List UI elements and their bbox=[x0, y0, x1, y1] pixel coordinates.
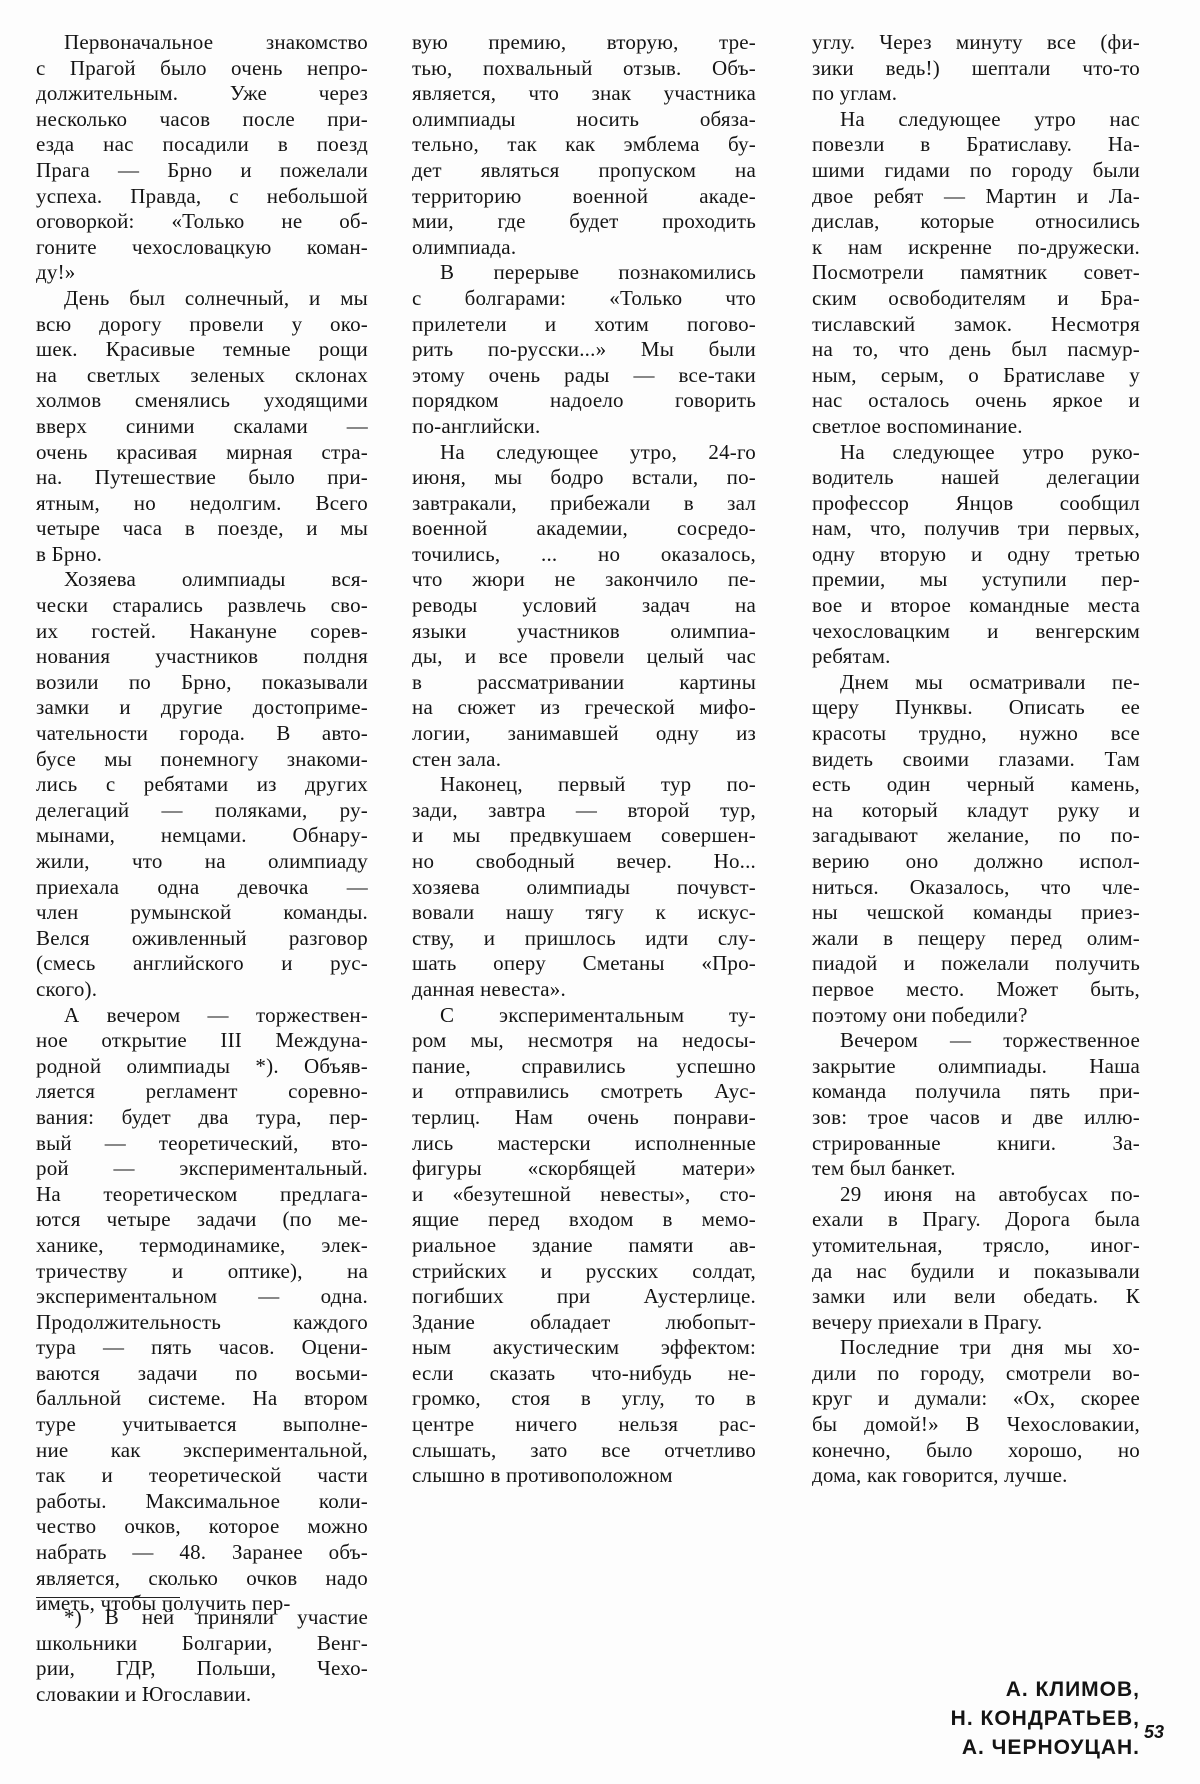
text-line: реводы условий задач на bbox=[412, 593, 756, 619]
text-line: с болгарами: «Только что bbox=[412, 286, 756, 312]
text-line: ятным, но недолгим. Всего bbox=[36, 491, 368, 517]
text-line: член румынской команды. bbox=[36, 900, 368, 926]
text-line: ского). bbox=[36, 977, 368, 1003]
text-line: логии, занимавшей одну из bbox=[412, 721, 756, 747]
text-line: так и теоретической части bbox=[36, 1463, 368, 1489]
text-line: языки участников олимпиа- bbox=[412, 619, 756, 645]
text-line: нования участников полдня bbox=[36, 644, 368, 670]
text-line: чески старались развлечь сво- bbox=[36, 593, 368, 619]
author-name: А. ЧЕРНОУЦАН. bbox=[951, 1733, 1140, 1762]
text-line: и мы предвкушаем совершен- bbox=[412, 823, 756, 849]
text-line: ное открытие III Междуна- bbox=[36, 1028, 368, 1054]
text-line: ды, и все провели целый час bbox=[412, 644, 756, 670]
text-line: на светлых зеленых склонах bbox=[36, 363, 368, 389]
text-line: к нам искренне по-дружески. bbox=[812, 235, 1140, 261]
text-line: мии, где будет проходить bbox=[412, 209, 756, 235]
text-line: (смесь английского и рус- bbox=[36, 951, 368, 977]
text-line: На следующее утро нас bbox=[812, 107, 1140, 133]
text-line: лись с ребятами из других bbox=[36, 772, 368, 798]
text-line: на который кладут руку и bbox=[812, 798, 1140, 824]
text-line: езда нас посадили в поезд bbox=[36, 132, 368, 158]
text-line: ным, серым, о Братиславе у bbox=[812, 363, 1140, 389]
text-line: На следующее утро, 24-го bbox=[412, 440, 756, 466]
text-line: приехала одна девочка — bbox=[36, 875, 368, 901]
footnote-line: словакии и Югославии. bbox=[36, 1682, 368, 1708]
text-line: центре ничего нельзя рас- bbox=[412, 1412, 756, 1438]
text-line: щеру Пунквы. Описать ее bbox=[812, 695, 1140, 721]
text-line: круг и думали: «Ох, скорее bbox=[812, 1386, 1140, 1412]
text-line: ром мы, несмотря на недосы- bbox=[412, 1028, 756, 1054]
text-line: ваются задачи по восьми- bbox=[36, 1361, 368, 1387]
text-line: бы домой!» В Чехословакии, bbox=[812, 1412, 1140, 1438]
text-line: успеха. Правда, с небольшой bbox=[36, 184, 368, 210]
text-line: июня, мы бодро встали, по- bbox=[412, 465, 756, 491]
footnote: *) В ней приняли участиешкольники Болгар… bbox=[36, 1605, 368, 1707]
text-line: мынами, немцами. Обнару- bbox=[36, 823, 368, 849]
text-line: ребятам. bbox=[812, 644, 1140, 670]
paragraph: Днем мы осматривали пе-щеру Пунквы. Опис… bbox=[812, 670, 1140, 1028]
text-line: шими гидами по городу были bbox=[812, 158, 1140, 184]
text-line: дома, как говорится, лучше. bbox=[812, 1463, 1140, 1489]
text-line: дили по городу, смотрели во- bbox=[812, 1361, 1140, 1387]
text-line: работы. Максимальное коли- bbox=[36, 1489, 368, 1515]
text-line: Хозяева олимпиады вся- bbox=[36, 567, 368, 593]
text-line: чательности города. В авто- bbox=[36, 721, 368, 747]
text-line: ным акустическим эффектом: bbox=[412, 1335, 756, 1361]
text-line: Велся оживленный разговор bbox=[36, 926, 368, 952]
text-line: вое и второе командные места bbox=[812, 593, 1140, 619]
text-line: ящие перед входом в мемо- bbox=[412, 1207, 756, 1233]
text-line: ству, и пришлось идти слу- bbox=[412, 926, 756, 952]
text-line: верию оно должно испол- bbox=[812, 849, 1140, 875]
text-line: вверх синими скалами — bbox=[36, 414, 368, 440]
text-line: зики ведь!) шептали что-то bbox=[812, 56, 1140, 82]
text-line: Прага — Брно и пожелали bbox=[36, 158, 368, 184]
text-line: порядком надоело говорить bbox=[412, 388, 756, 414]
text-line: громко, стоя в углу, то в bbox=[412, 1386, 756, 1412]
text-line: тура — пять часов. Оцени- bbox=[36, 1335, 368, 1361]
text-line: чество очков, которое можно bbox=[36, 1514, 368, 1540]
text-line: туре учитывается выполне- bbox=[36, 1412, 368, 1438]
text-line: жили, что на олимпиаду bbox=[36, 849, 368, 875]
text-line: светлое воспоминание. bbox=[812, 414, 1140, 440]
text-line: стрированные книги. За- bbox=[812, 1131, 1140, 1157]
text-line: видеть своими глазами. Там bbox=[812, 747, 1140, 773]
text-line: одну вторую и одну третью bbox=[812, 542, 1140, 568]
text-line: точились, ... но оказалось, bbox=[412, 542, 756, 568]
text-line: является, что знак участника bbox=[412, 81, 756, 107]
column-left: Первоначальное знакомствос Прагой было о… bbox=[36, 30, 368, 1617]
text-line: возили по Брно, показывали bbox=[36, 670, 368, 696]
text-line: нас осталось очень яркое и bbox=[812, 388, 1140, 414]
text-line: балльной системе. На втором bbox=[36, 1386, 368, 1412]
text-line: этому очень рады — все-таки bbox=[412, 363, 756, 389]
text-line: завтракали, прибежали в зал bbox=[412, 491, 756, 517]
text-line: поэтому они победили? bbox=[812, 1003, 1140, 1029]
footnote-line: рии, ГДР, Польши, Чехо- bbox=[36, 1656, 368, 1682]
text-line: А вечером — торжествен- bbox=[36, 1003, 368, 1029]
text-line: хозяева олимпиады почувст- bbox=[412, 875, 756, 901]
text-line: На следующее утро руко- bbox=[812, 440, 1140, 466]
text-line: на то, что день был пасмур- bbox=[812, 337, 1140, 363]
text-line: данная невеста». bbox=[412, 977, 756, 1003]
paragraph: На следующее утро руко-водитель нашей де… bbox=[812, 440, 1140, 670]
text-line: Последние три дня мы хо- bbox=[812, 1335, 1140, 1361]
footnote-line: школьники Болгарии, Венг- bbox=[36, 1631, 368, 1657]
text-line: 29 июня на автобусах по- bbox=[812, 1182, 1140, 1208]
paragraph: углу. Через минуту все (фи-зики ведь!) ш… bbox=[812, 30, 1140, 107]
text-line: премии, мы уступили пер- bbox=[812, 567, 1140, 593]
text-line: несколько часов после при- bbox=[36, 107, 368, 133]
text-line: на сюжет из греческой мифо- bbox=[412, 695, 756, 721]
paragraph: В перерыве познакомилисьс болгарами: «То… bbox=[412, 260, 756, 439]
text-line: рой — экспериментальный. bbox=[36, 1156, 368, 1182]
text-line: шать оперу Сметаны «Про- bbox=[412, 951, 756, 977]
text-line: пание, справились успешно bbox=[412, 1054, 756, 1080]
text-line: ниться. Оказалось, что чле- bbox=[812, 875, 1140, 901]
text-line: шек. Красивые темные рощи bbox=[36, 337, 368, 363]
text-line: с Прагой было очень непро- bbox=[36, 56, 368, 82]
text-line: должительным. Уже через bbox=[36, 81, 368, 107]
text-line: углу. Через минуту все (фи- bbox=[812, 30, 1140, 56]
text-line: делегаций — поляками, ру- bbox=[36, 798, 368, 824]
text-line: слышно в противоположном bbox=[412, 1463, 756, 1489]
text-line: их гостей. Накануне сорев- bbox=[36, 619, 368, 645]
author-name: Н. КОНДРАТЬЕВ, bbox=[951, 1704, 1140, 1733]
text-line: утомительная, трясло, иног- bbox=[812, 1233, 1140, 1259]
footnote-line: *) В ней приняли участие bbox=[36, 1605, 368, 1631]
text-line: по углам. bbox=[812, 81, 1140, 107]
text-line: стен зала. bbox=[412, 747, 756, 773]
text-line: Вечером — торжественное bbox=[812, 1028, 1140, 1054]
text-line: в Брно. bbox=[36, 542, 368, 568]
text-line: что жюри не закончило пе- bbox=[412, 567, 756, 593]
paragraph: День был солнечный, и мывсю дорогу прове… bbox=[36, 286, 368, 568]
text-line: ются четыре задачи (по ме- bbox=[36, 1207, 368, 1233]
text-line: ны чешской команды приез- bbox=[812, 900, 1140, 926]
text-line: Первоначальное знакомство bbox=[36, 30, 368, 56]
text-line: нам, что, получив три первых, bbox=[812, 516, 1140, 542]
text-line: да нас будили и показывали bbox=[812, 1259, 1140, 1285]
text-line: чехословацким и венгерским bbox=[812, 619, 1140, 645]
page-number: 53 bbox=[1144, 1722, 1164, 1743]
text-line: риальное здание памяти ав- bbox=[412, 1233, 756, 1259]
text-line: первое место. Может быть, bbox=[812, 977, 1140, 1003]
paragraph: Первоначальное знакомствос Прагой было о… bbox=[36, 30, 368, 286]
paragraph: С экспериментальным ту-ром мы, несмотря … bbox=[412, 1003, 756, 1489]
text-line: но свободный вечер. Но... bbox=[412, 849, 756, 875]
text-line: оговоркой: «Только не об- bbox=[36, 209, 368, 235]
paragraph: На следующее утро насповезли в Братислав… bbox=[812, 107, 1140, 440]
text-line: тью, похвальный отзыв. Объ- bbox=[412, 56, 756, 82]
text-line: зов: трое часов и две иллю- bbox=[812, 1105, 1140, 1131]
text-line: конечно, было хорошо, но bbox=[812, 1438, 1140, 1464]
text-line: зади, завтра — второй тур, bbox=[412, 798, 756, 824]
text-line: Посмотрели памятник совет- bbox=[812, 260, 1140, 286]
text-line: Продолжительность каждого bbox=[36, 1310, 368, 1336]
author-name: А. КЛИМОВ, bbox=[951, 1675, 1140, 1704]
authors-signature: А. КЛИМОВ, Н. КОНДРАТЬЕВ, А. ЧЕРНОУЦАН. bbox=[951, 1675, 1140, 1762]
text-line: Днем мы осматривали пе- bbox=[812, 670, 1140, 696]
text-line: ду!» bbox=[36, 260, 368, 286]
text-line: замки и другие достоприме- bbox=[36, 695, 368, 721]
text-line: закрытие олимпиады. Наша bbox=[812, 1054, 1140, 1080]
paragraph: Вечером — торжественноезакрытие олимпиад… bbox=[812, 1028, 1140, 1182]
text-line: красоты трудно, нужно все bbox=[812, 721, 1140, 747]
paragraph: Хозяева олимпиады вся-чески старались ра… bbox=[36, 567, 368, 1002]
text-line: прилетели и хотим погово- bbox=[412, 312, 756, 338]
text-line: двое ребят — Мартин и Ла- bbox=[812, 184, 1140, 210]
text-line: гоните чехословацкую коман- bbox=[36, 235, 368, 261]
text-line: фигуры «скорбящей матери» bbox=[412, 1156, 756, 1182]
text-line: и «безутешной невесты», сто- bbox=[412, 1182, 756, 1208]
text-line: повезли в Братиславу. На- bbox=[812, 132, 1140, 158]
text-line: С экспериментальным ту- bbox=[412, 1003, 756, 1029]
text-line: очень красивая мирная стра- bbox=[36, 440, 368, 466]
text-line: в рассматривании картины bbox=[412, 670, 756, 696]
footnote-divider bbox=[36, 1597, 180, 1598]
column-middle: вую премию, вторую, тре-тью, похвальный … bbox=[412, 30, 756, 1489]
text-line: набрать — 48. Заранее объ- bbox=[36, 1540, 368, 1566]
text-line: лись мастерски исполненные bbox=[412, 1131, 756, 1157]
text-line: вую премию, вторую, тре- bbox=[412, 30, 756, 56]
text-line: ляется регламент соревно- bbox=[36, 1079, 368, 1105]
text-line: терлиц. Нам очень понрави- bbox=[412, 1105, 756, 1131]
text-line: родной олимпиады *). Объяв- bbox=[36, 1054, 368, 1080]
text-line: дет являться пропуском на bbox=[412, 158, 756, 184]
text-line: четыре часа в поезде, и мы bbox=[36, 516, 368, 542]
text-line: тиславский замок. Несмотря bbox=[812, 312, 1140, 338]
text-line: слышать, зато все отчетливо bbox=[412, 1438, 756, 1464]
text-line: ским освободителям и Бра- bbox=[812, 286, 1140, 312]
text-line: В перерыве познакомились bbox=[412, 260, 756, 286]
text-line: олимпиады носить обяза- bbox=[412, 107, 756, 133]
text-line: тричеству и оптике), на bbox=[36, 1259, 368, 1285]
text-line: вовали нашу тягу к искус- bbox=[412, 900, 756, 926]
text-line: тем был банкет. bbox=[812, 1156, 1140, 1182]
paragraph: Последние три дня мы хо-дили по городу, … bbox=[812, 1335, 1140, 1489]
text-line: Здание обладает любопыт- bbox=[412, 1310, 756, 1336]
paragraph: 29 июня на автобусах по-ехали в Прагу. Д… bbox=[812, 1182, 1140, 1336]
text-line: ние как экспериментальной, bbox=[36, 1438, 368, 1464]
text-line: по-английски. bbox=[412, 414, 756, 440]
text-line: Наконец, первый тур по- bbox=[412, 772, 756, 798]
text-line: рить по-русски...» Мы были bbox=[412, 337, 756, 363]
column-right: углу. Через минуту все (фи-зики ведь!) ш… bbox=[812, 30, 1140, 1489]
text-line: бусе мы понемногу знакоми- bbox=[36, 747, 368, 773]
text-line: территорию военной акаде- bbox=[412, 184, 756, 210]
text-line: ехали в Прагу. Дорога была bbox=[812, 1207, 1140, 1233]
text-line: экспериментальном — одна. bbox=[36, 1284, 368, 1310]
text-line: загадывают желание, по по- bbox=[812, 823, 1140, 849]
text-line: профессор Янцов сообщил bbox=[812, 491, 1140, 517]
text-line: замки или вели обедать. К bbox=[812, 1284, 1140, 1310]
text-line: вечеру приехали в Прагу. bbox=[812, 1310, 1140, 1336]
paragraph: А вечером — торжествен-ное открытие III … bbox=[36, 1003, 368, 1617]
text-line: есть один черный камень, bbox=[812, 772, 1140, 798]
text-line: погибших при Аустерлице. bbox=[412, 1284, 756, 1310]
paragraph: вую премию, вторую, тре-тью, похвальный … bbox=[412, 30, 756, 260]
text-line: всю дорогу провели у око- bbox=[36, 312, 368, 338]
paragraph: Наконец, первый тур по-зади, завтра — вт… bbox=[412, 772, 756, 1002]
text-line: на. Путешествие было при- bbox=[36, 465, 368, 491]
text-line: военной академии, сосредо- bbox=[412, 516, 756, 542]
text-line: На теоретическом предлага- bbox=[36, 1182, 368, 1208]
text-line: если сказать что-нибудь не- bbox=[412, 1361, 756, 1387]
text-line: жали в пещеру перед олим- bbox=[812, 926, 1140, 952]
text-line: День был солнечный, и мы bbox=[36, 286, 368, 312]
text-line: и отправились смотреть Аус- bbox=[412, 1079, 756, 1105]
text-line: олимпиада. bbox=[412, 235, 756, 261]
text-line: вания: будет два тура, пер- bbox=[36, 1105, 368, 1131]
text-line: команда получила пять при- bbox=[812, 1079, 1140, 1105]
text-line: тельно, так как эмблема бу- bbox=[412, 132, 756, 158]
paragraph: На следующее утро, 24-гоиюня, мы бодро в… bbox=[412, 440, 756, 773]
text-line: дислав, которые относились bbox=[812, 209, 1140, 235]
text-line: холмов сменялись уходящими bbox=[36, 388, 368, 414]
text-line: вый — теоретический, вто- bbox=[36, 1131, 368, 1157]
text-line: пиадой и пожелали получить bbox=[812, 951, 1140, 977]
text-line: является, сколько очков надо bbox=[36, 1566, 368, 1592]
text-line: ханике, термодинамике, элек- bbox=[36, 1233, 368, 1259]
text-line: водитель нашей делегации bbox=[812, 465, 1140, 491]
text-line: стрийских и русских солдат, bbox=[412, 1259, 756, 1285]
